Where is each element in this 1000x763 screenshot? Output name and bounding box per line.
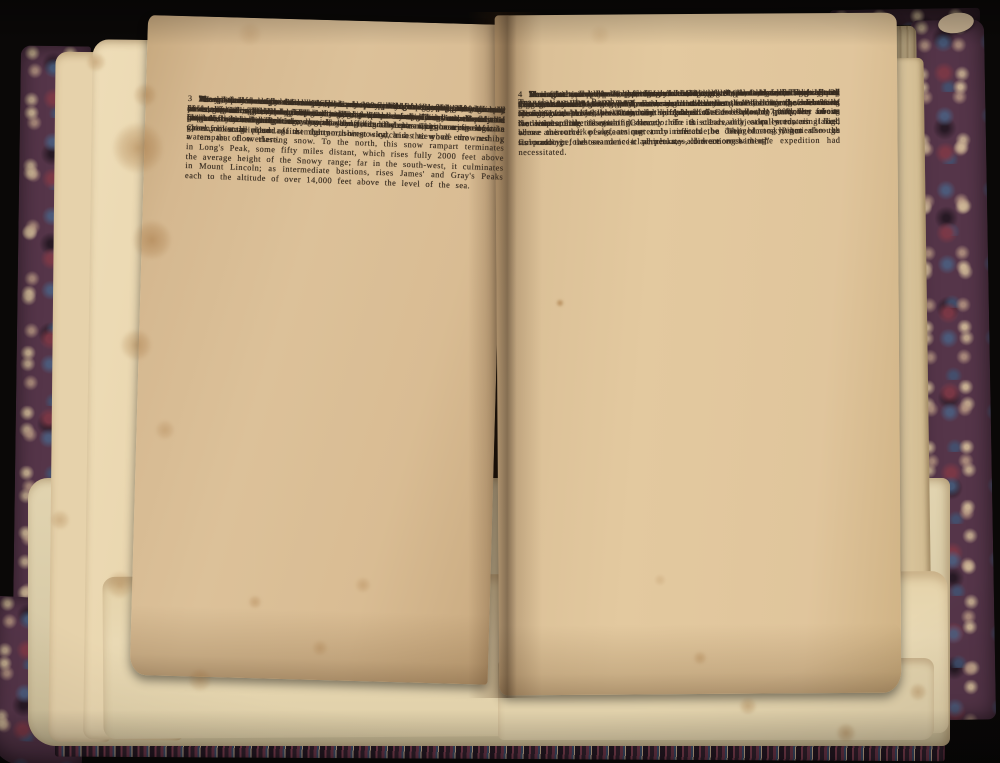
book-photo: 3 As we proceeded, the country became mo… [0, 0, 1000, 763]
page-curl-shadow [130, 605, 490, 685]
paragraph: Now lift your eyes to the superb scenery… [185, 94, 506, 192]
page-curl-shadow [499, 623, 901, 696]
paragraph: There we stopped at the “Esmeralda,” a h… [518, 88, 840, 109]
